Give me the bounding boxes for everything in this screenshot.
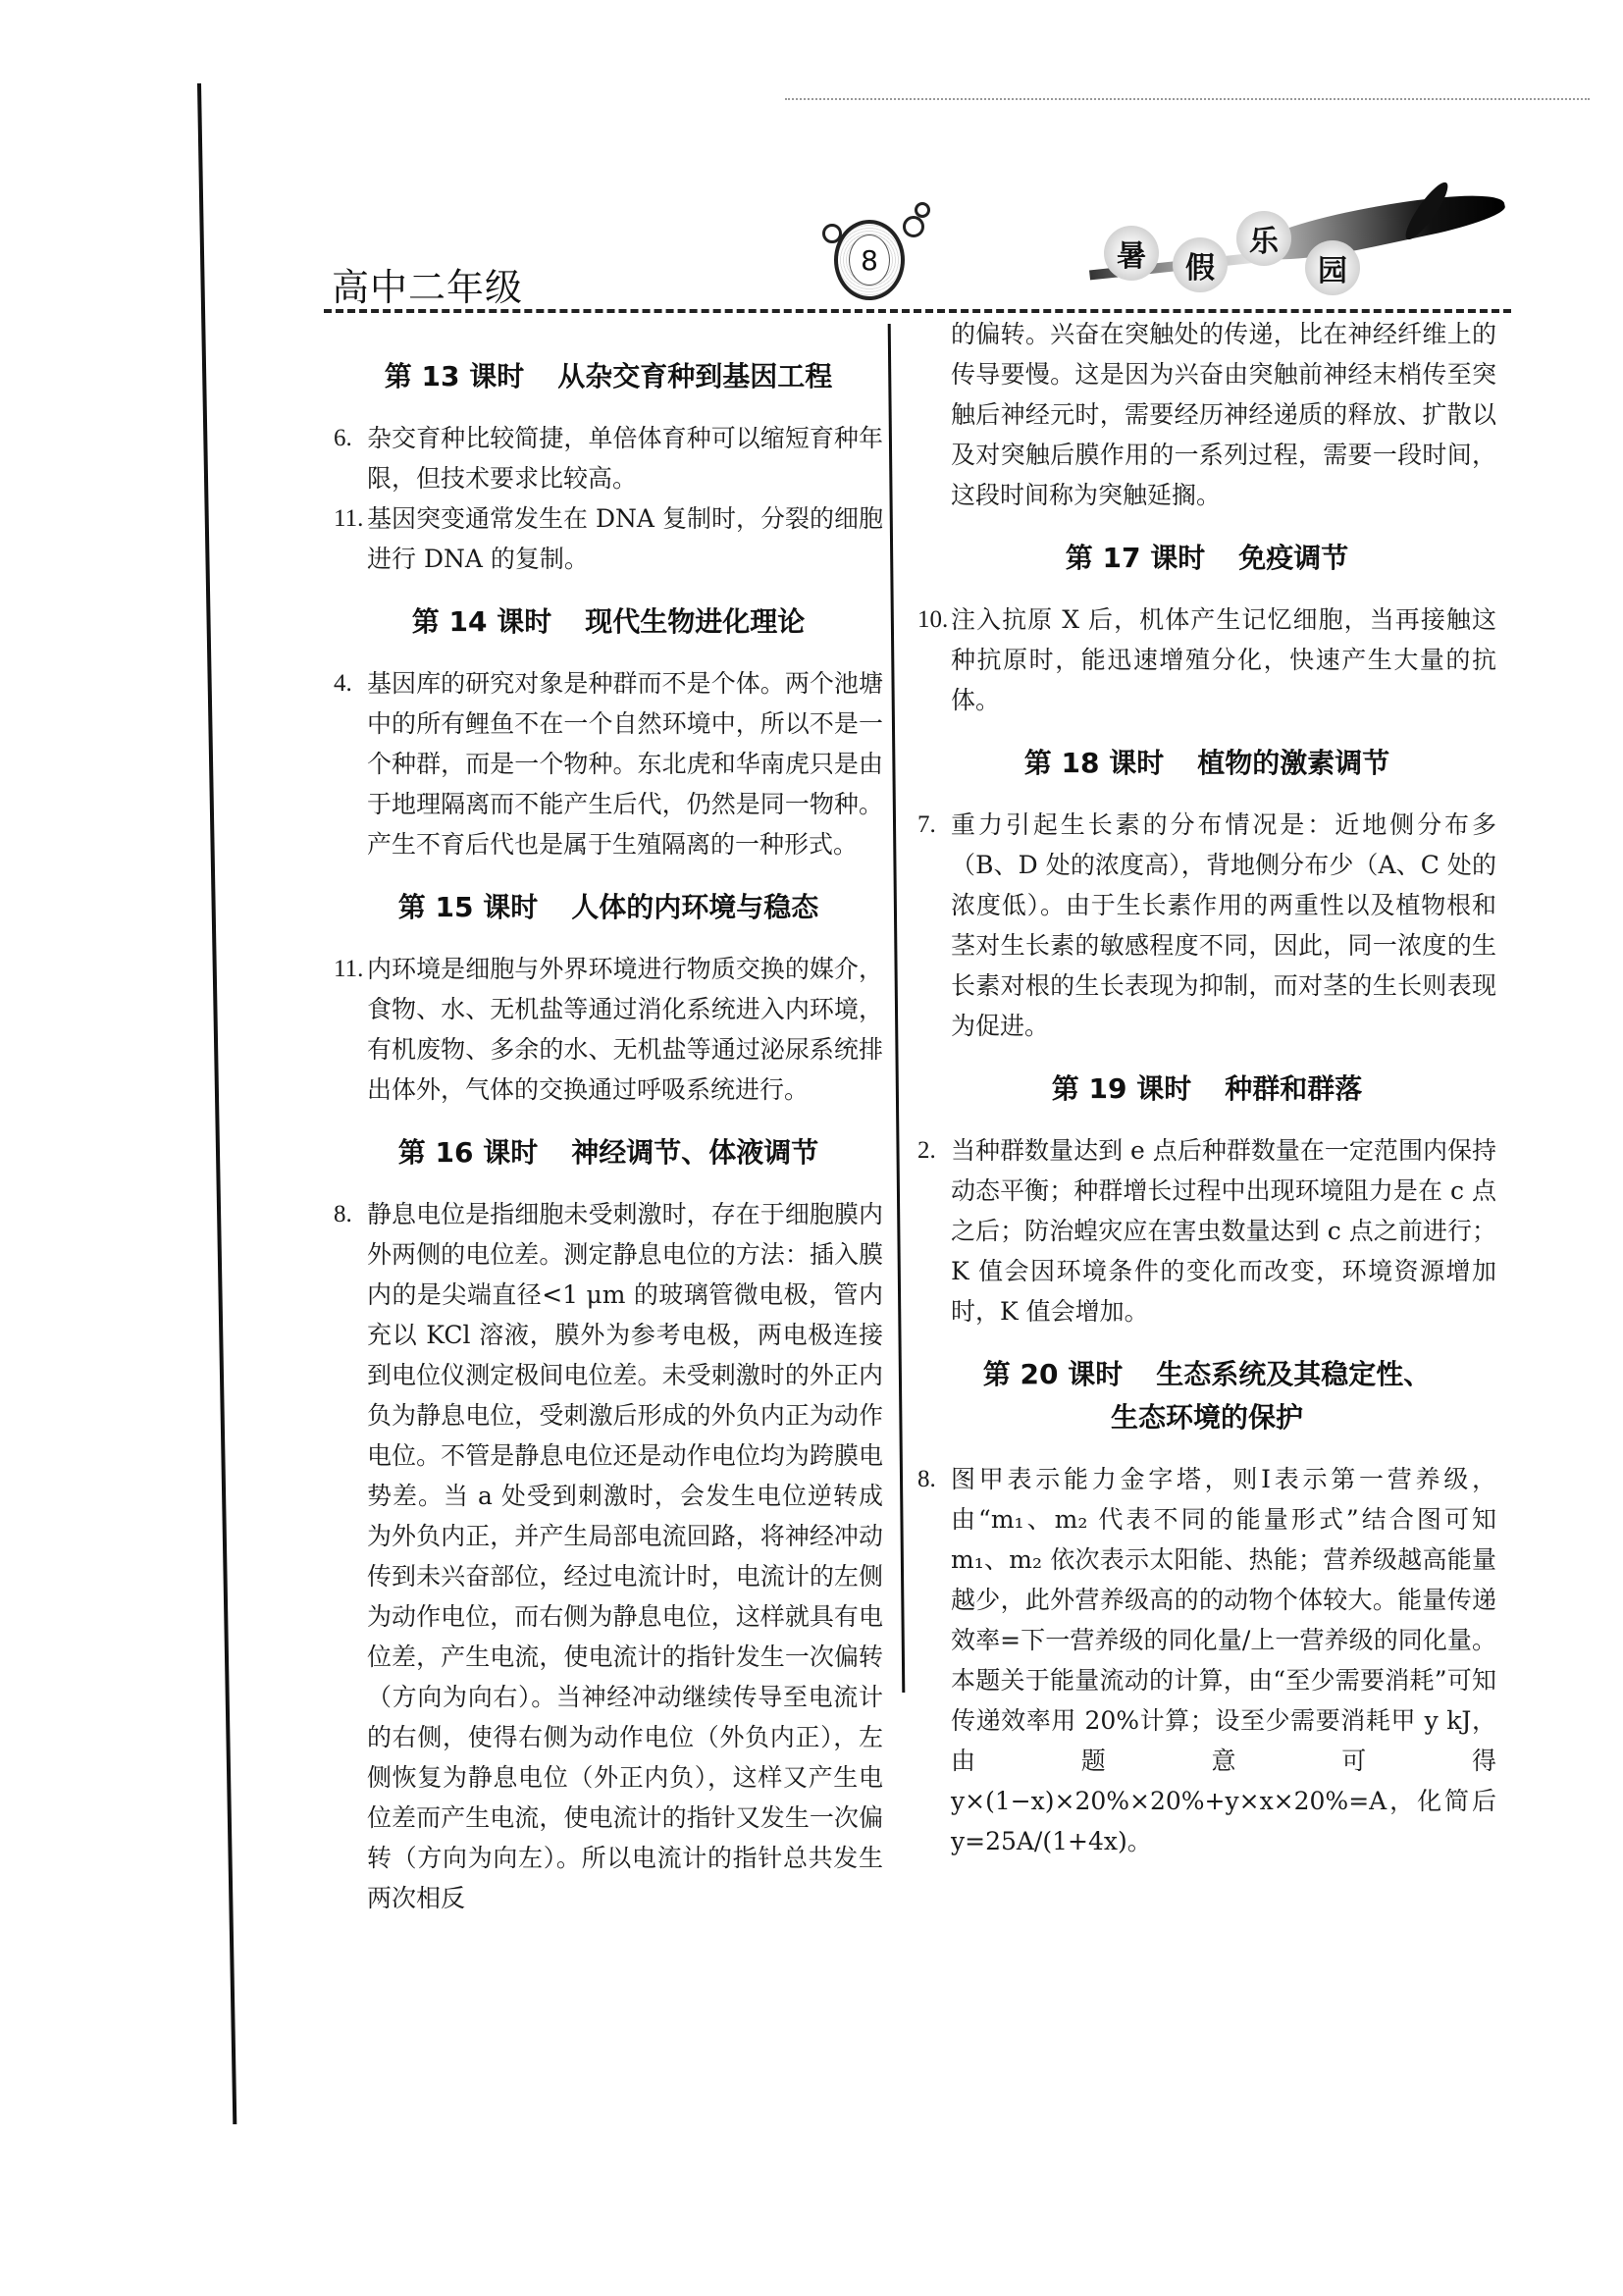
lesson-title: 植物的激素调节 xyxy=(1197,747,1389,779)
lesson-heading: 第 13 课时从杂交育种到基因工程 xyxy=(334,355,883,398)
question-number: 7. xyxy=(917,805,951,1046)
lesson-heading: 第 15 课时人体的内环境与稳态 xyxy=(334,886,883,929)
banner-char: 园 xyxy=(1305,240,1360,295)
answer-item: 11. 内环境是细胞与外界环境进行物质交换的媒介，食物、水、无机盐等通过消化系统… xyxy=(334,949,883,1110)
summer-banner-logo: 暑 假 乐 园 xyxy=(1065,177,1516,304)
badge-bubble-icon xyxy=(915,202,930,218)
lesson-number: 第 14 课时 xyxy=(412,605,551,638)
answer-item: 4. 基因库的研究对象是种群而不是个体。两个池塘中的所有鲤鱼不在一个自然环境中，… xyxy=(334,663,883,864)
answer-text: 当种群数量达到 e 点后种群数量在一定范围内保持动态平衡；种群增长过程中出现环境… xyxy=(951,1130,1496,1331)
banner-char: 假 xyxy=(1173,237,1228,292)
page-header: 高中二年级 8 暑 假 乐 园 xyxy=(324,216,1511,304)
column-divider xyxy=(888,324,906,1693)
answer-item: 8. 图甲表示能力金字塔，则Ⅰ表示第一营养级，由“m₁、m₂ 代表不同的能量形式… xyxy=(917,1459,1496,1861)
lesson-heading: 第 16 课时神经调节、体液调节 xyxy=(334,1131,883,1174)
banner-char: 乐 xyxy=(1236,211,1291,266)
lesson-20-section: 第 20 课时生态系统及其稳定性、生态环境的保护 8. 图甲表示能力金字塔，则Ⅰ… xyxy=(917,1353,1496,1861)
answer-item: 2. 当种群数量达到 e 点后种群数量在一定范围内保持动态平衡；种群增长过程中出… xyxy=(917,1130,1496,1331)
answer-text: 静息电位是指细胞未受刺激时，存在于细胞膜内外两侧的电位差。测定静息电位的方法：插… xyxy=(367,1194,883,1918)
lesson-number: 第 15 课时 xyxy=(398,891,538,923)
lesson-number: 第 17 课时 xyxy=(1066,542,1205,574)
lesson-16-section: 第 16 课时神经调节、体液调节 8. 静息电位是指细胞未受刺激时，存在于细胞膜… xyxy=(334,1131,883,1918)
answer-text: 杂交育种比较简捷，单倍体育种可以缩短育种年限，但技术要求比较高。 xyxy=(367,418,883,498)
grade-label: 高中二年级 xyxy=(332,257,523,311)
answer-text: 基因突变通常发生在 DNA 复制时，分裂的细胞进行 DNA 的复制。 xyxy=(367,498,883,579)
scan-noise-dots xyxy=(785,98,1590,102)
answer-text: 图甲表示能力金字塔，则Ⅰ表示第一营养级，由“m₁、m₂ 代表不同的能量形式”结合… xyxy=(951,1459,1496,1861)
lesson-title: 免疫调节 xyxy=(1238,542,1348,574)
badge-bubble-icon xyxy=(903,216,924,237)
lesson-heading: 第 18 课时植物的激素调节 xyxy=(917,742,1496,785)
lesson-heading: 第 17 课时免疫调节 xyxy=(917,537,1496,580)
question-number: 6. xyxy=(334,418,367,498)
lesson-title: 从杂交育种到基因工程 xyxy=(557,360,832,392)
answer-item: 10. 注入抗原 X 后，机体产生记忆细胞，当再接触这种抗原时，能迅速增殖分化，… xyxy=(917,600,1496,720)
lesson-number: 第 13 课时 xyxy=(385,360,524,392)
answer-text: 注入抗原 X 后，机体产生记忆细胞，当再接触这种抗原时，能迅速增殖分化，快速产生… xyxy=(951,600,1496,720)
question-number: 4. xyxy=(334,663,367,864)
answer-item: 8. 静息电位是指细胞未受刺激时，存在于细胞膜内外两侧的电位差。测定静息电位的方… xyxy=(334,1194,883,1918)
question-number: 8. xyxy=(334,1194,367,1918)
page-number: 8 xyxy=(861,244,878,277)
answer-item: 6. 杂交育种比较简捷，单倍体育种可以缩短育种年限，但技术要求比较高。 xyxy=(334,418,883,498)
question-number: 11. xyxy=(334,949,367,1110)
lesson-title: 现代生物进化理论 xyxy=(585,605,805,638)
lesson-heading: 第 20 课时生态系统及其稳定性、生态环境的保护 xyxy=(917,1353,1496,1439)
lesson-number: 第 16 课时 xyxy=(398,1136,538,1169)
lesson-title: 种群和群落 xyxy=(1225,1072,1362,1105)
lesson-18-section: 第 18 课时植物的激素调节 7. 重力引起生长素的分布情况是：近地侧分布多（B… xyxy=(917,742,1496,1046)
scan-binding-edge xyxy=(197,83,236,2124)
lesson-17-section: 第 17 课时免疫调节 10. 注入抗原 X 后，机体产生记忆细胞，当再接触这种… xyxy=(917,537,1496,720)
question-number: 10. xyxy=(917,600,951,720)
lesson-19-section: 第 19 课时种群和群落 2. 当种群数量达到 e 点后种群数量在一定范围内保持… xyxy=(917,1068,1496,1331)
answer-item: 11. 基因突变通常发生在 DNA 复制时，分裂的细胞进行 DNA 的复制。 xyxy=(334,498,883,579)
question-number: 11. xyxy=(334,498,367,579)
header-dashed-rule xyxy=(324,309,1511,313)
lesson-15-section: 第 15 课时人体的内环境与稳态 11. 内环境是细胞与外界环境进行物质交换的媒… xyxy=(334,886,883,1110)
lesson-number: 第 20 课时 xyxy=(983,1358,1123,1390)
banner-char: 暑 xyxy=(1104,226,1159,281)
lesson-title: 人体的内环境与稳态 xyxy=(571,891,818,923)
question-number: 8. xyxy=(917,1459,951,1861)
lesson-number: 第 19 课时 xyxy=(1052,1072,1191,1105)
lesson-number: 第 18 课时 xyxy=(1024,747,1164,779)
answer-text: 基因库的研究对象是种群而不是个体。两个池塘中的所有鲤鱼不在一个自然环境中，所以不… xyxy=(367,663,883,864)
lesson-13-section: 第 13 课时从杂交育种到基因工程 6. 杂交育种比较简捷，单倍体育种可以缩短育… xyxy=(334,355,883,579)
answer-text: 重力引起生长素的分布情况是：近地侧分布多（B、D 处的浓度高），背地侧分布少（A… xyxy=(951,805,1496,1046)
answer-item: 7. 重力引起生长素的分布情况是：近地侧分布多（B、D 处的浓度高），背地侧分布… xyxy=(917,805,1496,1046)
question-number: 2. xyxy=(917,1130,951,1331)
right-column: 的偏转。兴奋在突触处的传递，比在神经纤维上的传导要慢。这是因为兴奋由突触前神经末… xyxy=(917,314,1496,1883)
page-number-badge: 8 xyxy=(834,220,905,300)
answer-text: 内环境是细胞与外界环境进行物质交换的媒介，食物、水、无机盐等通过消化系统进入内环… xyxy=(367,949,883,1110)
lesson-heading: 第 19 课时种群和群落 xyxy=(917,1068,1496,1111)
continued-answer-text: 的偏转。兴奋在突触处的传递，比在神经纤维上的传导要慢。这是因为兴奋由突触前神经末… xyxy=(917,314,1496,515)
left-column: 第 13 课时从杂交育种到基因工程 6. 杂交育种比较简捷，单倍体育种可以缩短育… xyxy=(334,355,883,1940)
lesson-title: 神经调节、体液调节 xyxy=(571,1136,818,1169)
lesson-title: 生态系统及其稳定性、生态环境的保护 xyxy=(1111,1358,1431,1434)
lesson-14-section: 第 14 课时现代生物进化理论 4. 基因库的研究对象是种群而不是个体。两个池塘… xyxy=(334,600,883,864)
lesson-heading: 第 14 课时现代生物进化理论 xyxy=(334,600,883,644)
